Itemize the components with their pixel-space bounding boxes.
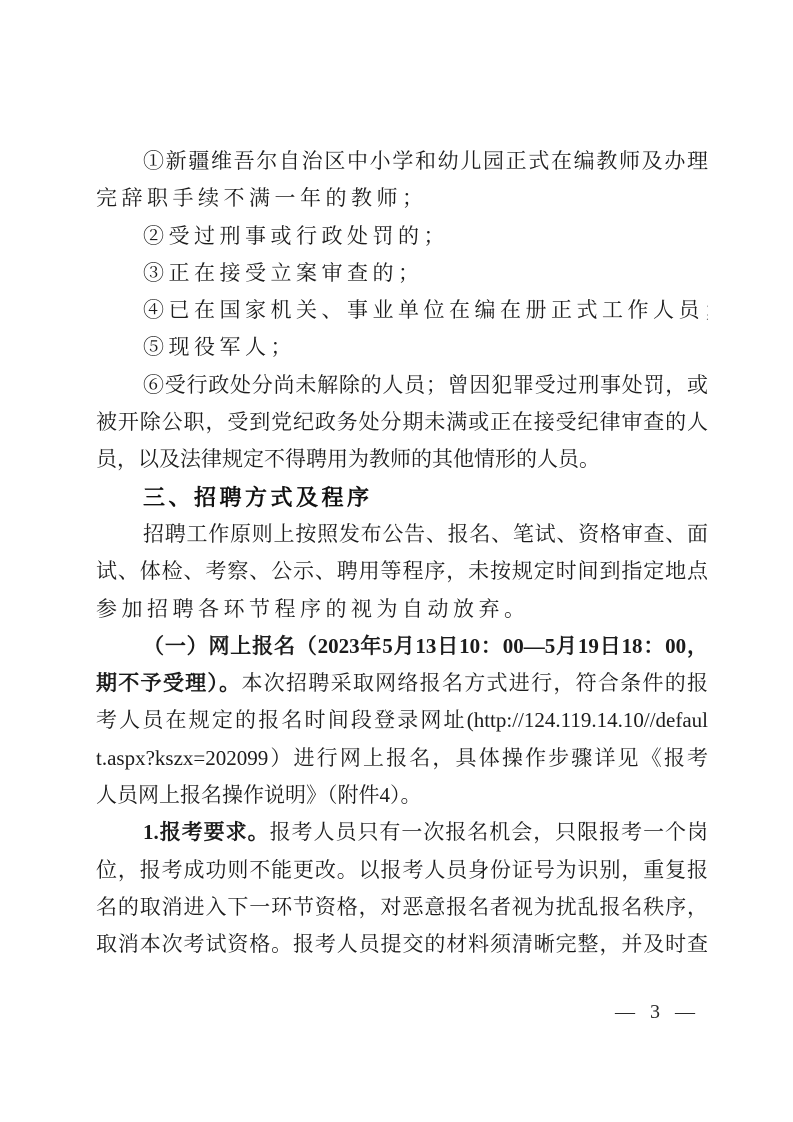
- text-segment: ⑥受行政处分尚未解除的人员；曾因犯罪受过刑事处罚，或: [143, 373, 708, 397]
- text-segment: 名的取消进入下一环节资格，对恶意报名者视为扰乱报名秩序，: [96, 895, 708, 919]
- text-segment: 取消本次考试资格。报考人员提交的材料须清晰完整，并及时查: [96, 932, 708, 956]
- text-line: （一）网上报名（2023年5月13日10：00—5月19日18：00，逾: [96, 628, 708, 665]
- text-line: 完辞职手续不满一年的教师；: [96, 180, 708, 217]
- text-segment: ②受过刑事或行政处罚的；: [143, 224, 449, 248]
- text-line: 人员网上报名操作说明》（附件4）。: [96, 777, 708, 814]
- text-segment: （一）网上报名（2023年5月13日10：00—5月19日18：00，逾: [96, 634, 708, 665]
- text-line: ①新疆维吾尔自治区中小学和幼儿园正式在编教师及办理: [96, 143, 708, 180]
- text-segment: ③正在接受立案审查的；: [143, 261, 424, 285]
- text-segment: ①新疆维吾尔自治区中小学和幼儿园正式在编教师及办理: [143, 149, 708, 173]
- text-segment: 位，报考成功则不能更改。以报考人员身份证号为识别，重复报: [96, 858, 708, 882]
- text-line: 被开除公职，受到党纪政务处分期未满或正在接受纪律审查的人: [96, 404, 708, 441]
- text-segment: 报考人员只有一次报名机会，只限报考一个岗: [270, 820, 708, 844]
- text-segment: 员，以及法律规定不得聘用为教师的其他情形的人员。: [96, 447, 600, 471]
- text-line: 位，报考成功则不能更改。以报考人员身份证号为识别，重复报: [96, 852, 708, 889]
- text-segment: 招聘工作原则上按照发布公告、报名、笔试、资格审查、面: [143, 522, 708, 546]
- section-heading: 三、招聘方式及程序: [96, 479, 708, 516]
- text-segment: 人员网上报名操作说明》（附件4）。: [96, 783, 422, 807]
- text-line: t.aspx?kszx=202099）进行网上报名，具体操作步骤详见《报考: [96, 740, 708, 777]
- document-page: ①新疆维吾尔自治区中小学和幼儿园正式在编教师及办理完辞职手续不满一年的教师；②受…: [0, 0, 793, 1122]
- text-segment: 试、体检、考察、公示、聘用等程序，未按规定时间到指定地点: [96, 559, 708, 583]
- document-body: ①新疆维吾尔自治区中小学和幼儿园正式在编教师及办理完辞职手续不满一年的教师；②受…: [96, 143, 708, 964]
- text-segment: 1.报考要求。: [143, 820, 270, 844]
- text-segment: 三、招聘方式及程序: [143, 485, 373, 510]
- text-line: ⑤现役军人；: [96, 329, 708, 366]
- text-line: ②受过刑事或行政处罚的；: [96, 218, 708, 255]
- text-line: ⑥受行政处分尚未解除的人员；曾因犯罪受过刑事处罚，或: [96, 367, 708, 404]
- text-line: 期不予受理）。本次招聘采取网络报名方式进行，符合条件的报: [96, 665, 708, 702]
- text-line: ④已在国家机关、事业单位在编在册正式工作人员；: [96, 292, 708, 329]
- text-segment: 被开除公职，受到党纪政务处分期未满或正在接受纪律审查的人: [96, 410, 708, 434]
- text-segment: ⑤现役军人；: [143, 335, 296, 359]
- text-line: 招聘工作原则上按照发布公告、报名、笔试、资格审查、面: [96, 516, 708, 553]
- text-line: 试、体检、考察、公示、聘用等程序，未按规定时间到指定地点: [96, 553, 708, 590]
- text-line: ③正在接受立案审查的；: [96, 255, 708, 292]
- text-line: 考人员在规定的报名时间段登录网址(http://124.119.14.10//d…: [96, 702, 708, 739]
- text-segment: 考人员在规定的报名时间段登录网址(http://124.119.14.10//d…: [96, 708, 708, 732]
- text-segment: ④已在国家机关、事业单位在编在册正式工作人员；: [143, 298, 708, 322]
- text-line: 1.报考要求。报考人员只有一次报名机会，只限报考一个岗: [96, 814, 708, 851]
- text-line: 参加招聘各环节程序的视为自动放弃。: [96, 591, 708, 628]
- text-segment: 参加招聘各环节程序的视为自动放弃。: [96, 597, 530, 621]
- text-segment: t.aspx?kszx=202099）进行网上报名，具体操作步骤详见《报考: [96, 746, 708, 770]
- text-segment: 期不予受理）。: [96, 671, 241, 695]
- text-segment: 本次招聘采取网络报名方式进行，符合条件的报: [241, 671, 708, 695]
- text-line: 名的取消进入下一环节资格，对恶意报名者视为扰乱报名秩序，: [96, 889, 708, 926]
- text-line: 取消本次考试资格。报考人员提交的材料须清晰完整，并及时查: [96, 926, 708, 963]
- text-line: 员，以及法律规定不得聘用为教师的其他情形的人员。: [96, 441, 708, 478]
- page-number: — 3 —: [615, 1001, 696, 1024]
- text-segment: 完辞职手续不满一年的教师；: [96, 186, 428, 210]
